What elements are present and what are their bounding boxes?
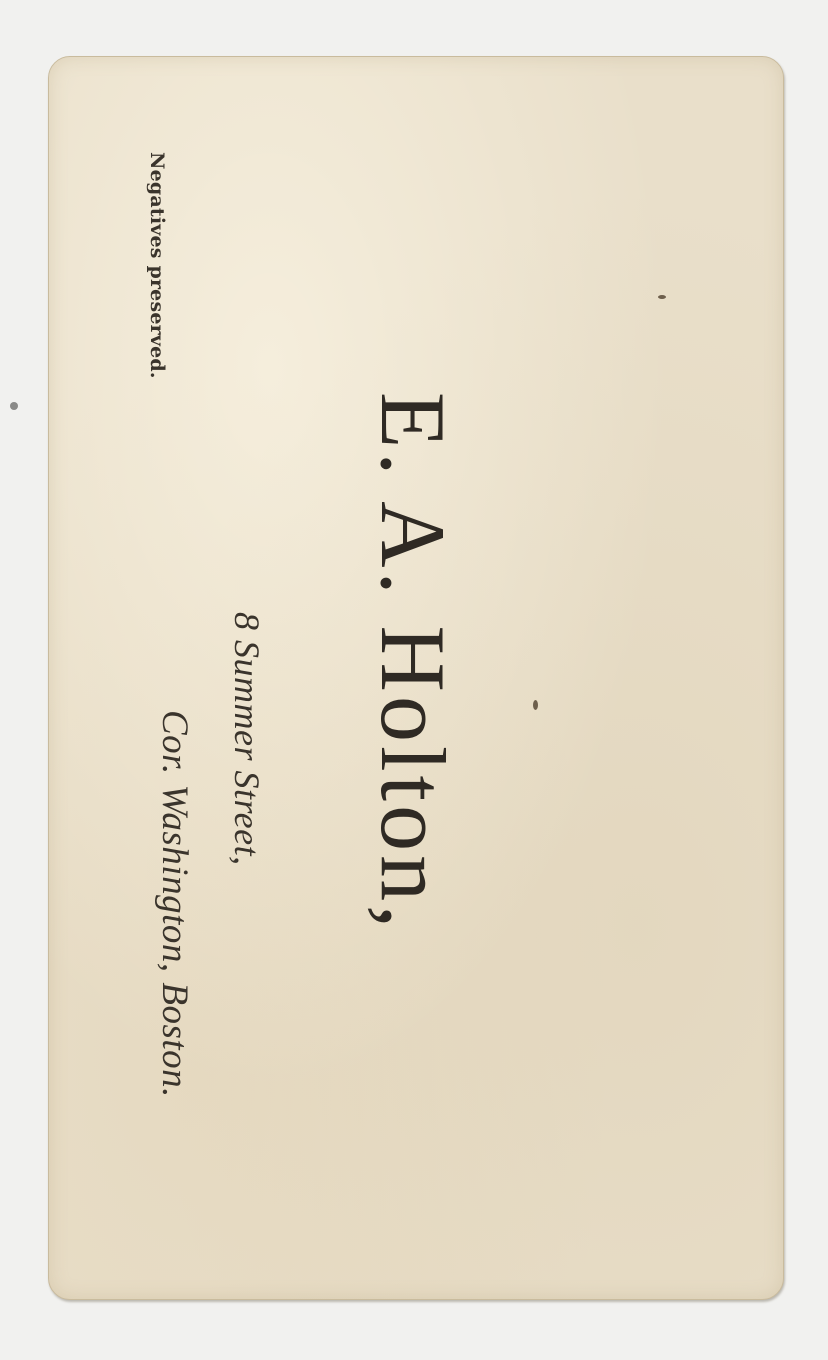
address-corner: Cor. Washington, Boston. [153,710,196,1098]
photographer-name: E. A. Holton, [360,392,466,932]
ink-speck [533,700,538,710]
address-street: 8 Summer Street, [226,612,268,866]
negatives-preserved-note: Negatives preserved. [146,152,168,379]
dust-dot [10,402,18,410]
ink-speck [658,295,666,299]
